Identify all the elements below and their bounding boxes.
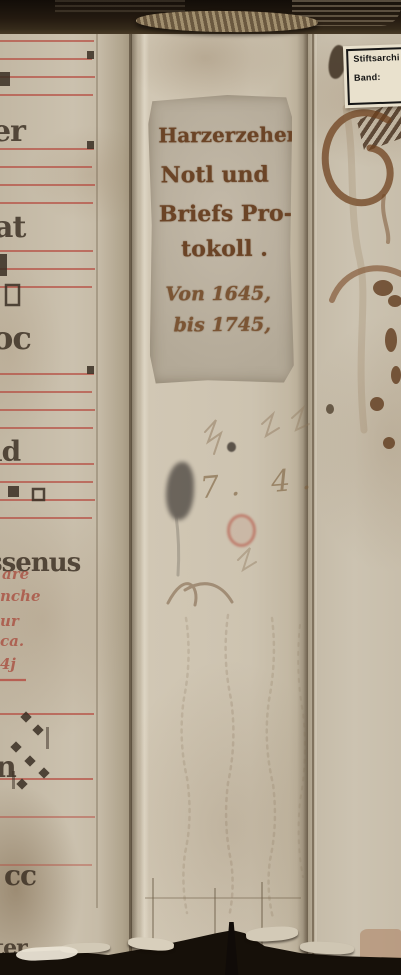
rubric-text: are nche ur ca. 4j (0, 565, 41, 673)
title-line-5-date-from: Von 1645, (165, 283, 287, 306)
fragment-letter: oc (0, 319, 31, 357)
red-stamp-remnant (227, 514, 256, 547)
rubric-line: ca. (0, 632, 24, 650)
title-line-3: Briefs Pro- (159, 201, 287, 228)
rubric-line: 4j (0, 655, 16, 673)
fragment-letter: cc (4, 859, 36, 892)
title-line-4: tokoll . (181, 236, 287, 263)
ink-dot (227, 442, 236, 452)
manuscript-fragment: er at oc ld ssenus n cc ter are nche ur … (0, 27, 133, 957)
title-line-2: Notl und (160, 162, 286, 189)
rubric-line: are (2, 565, 29, 583)
title-line-1: Harzerzehend (158, 123, 286, 148)
fragment-letters: er at oc ld ssenus n cc ter (0, 114, 81, 957)
rubric-line: nche (0, 587, 41, 605)
title-line-6-date-to: bis 1745, (174, 314, 288, 337)
archive-sticker: Stiftsarchi Band: (343, 44, 401, 108)
title-text-block: Harzerzehend Notl und Briefs Pro- tokoll… (158, 123, 287, 337)
page-edge-streaks (55, 0, 185, 13)
corner-stain-patch (360, 929, 401, 958)
fragment-letter: er (0, 114, 27, 149)
archive-name-label: Stiftsarchi (353, 52, 401, 64)
rubric-line: ur (0, 612, 20, 630)
archive-sticker-frame: Stiftsarchi Band: (346, 47, 401, 105)
spine-ridge-highlight (140, 32, 149, 952)
spine-wrinkle (145, 897, 301, 899)
fragment-letter: ld (0, 435, 21, 468)
title-label: Harzerzehend Notl und Briefs Pro- tokoll… (148, 95, 294, 384)
neumes (0, 51, 94, 790)
archive-band-label: Band: (354, 71, 401, 83)
book-spine-photo: er at oc ld ssenus n cc ter are nche ur … (0, 0, 401, 975)
fragment-letter: at (0, 210, 26, 245)
fragment-letter: n (0, 750, 17, 785)
